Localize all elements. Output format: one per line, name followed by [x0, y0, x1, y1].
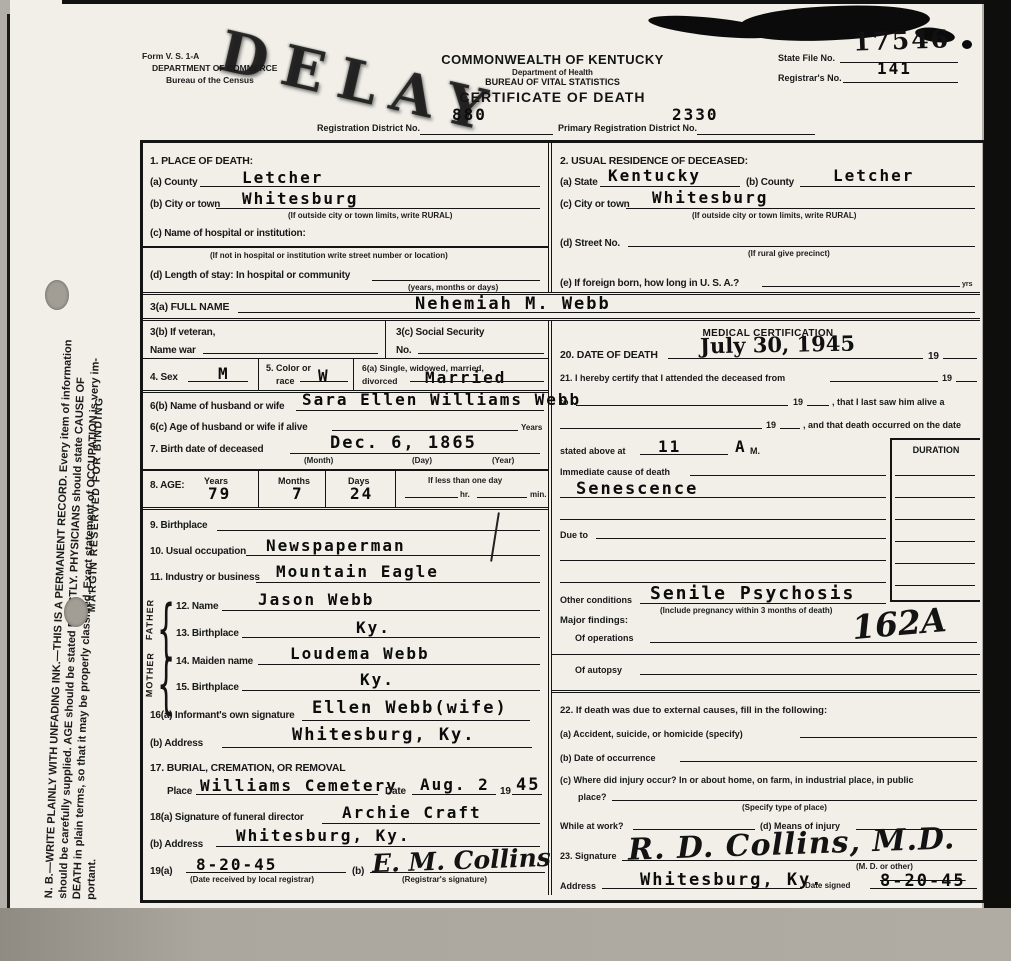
dod-label: 20. DATE OF DEATH: [560, 350, 658, 362]
writing-line: [560, 497, 886, 498]
ink-blob: [962, 40, 972, 49]
burial-place-value: Williams Cemetery: [200, 778, 398, 794]
res-street-label: (d) Street No.: [560, 238, 620, 249]
writing-line: [800, 737, 977, 738]
ssn-no-label: No.: [396, 345, 412, 356]
writing-line: [242, 637, 540, 638]
reg19-sig-hint: (Registrar's signature): [402, 876, 487, 885]
writing-line: [196, 794, 378, 795]
writing-line: [600, 186, 740, 187]
row-border: [142, 469, 548, 471]
writing-line: [560, 560, 886, 561]
external-c-hint: (Specify type of place): [742, 804, 827, 813]
ssn-label: 3(c) Social Security: [396, 327, 484, 338]
birthdate-value: Dec. 6, 1865: [330, 435, 477, 452]
writing-line: [405, 497, 458, 498]
physician-addr-value: Whitesburg, Ky.: [640, 872, 824, 889]
res-foreign-suffix: yrs: [962, 281, 973, 289]
spouse-label: 6(b) Name of husband or wife: [150, 401, 284, 412]
writing-line: [626, 208, 975, 209]
informant-label: 16(a) Informant's own signature: [150, 710, 295, 721]
operations-value: 162A: [850, 600, 948, 647]
writing-line: [418, 353, 544, 354]
certify-line3b: , and that death occurred on the date: [803, 421, 961, 431]
res-state-value: Kentucky: [608, 168, 701, 184]
funeral-addr-label: (b) Address: [150, 839, 203, 850]
duration-box: DURATION: [890, 438, 980, 602]
writing-line: [690, 475, 886, 476]
race-label2: race: [276, 377, 295, 387]
certify-line2-19: 19: [793, 398, 803, 408]
writing-line: [242, 690, 540, 691]
industry-label: 11. Industry or business: [150, 572, 260, 583]
writing-line: [412, 794, 496, 795]
birthplace-label: 9. Birthplace: [150, 520, 207, 531]
cell-divider: [325, 471, 326, 507]
age-hr-label: hr.: [460, 491, 470, 500]
writing-line: [332, 430, 518, 431]
writing-line: [302, 720, 530, 721]
father-bp-value: Ky.: [356, 620, 391, 636]
writing-line: [640, 454, 728, 455]
writing-line: [217, 530, 540, 531]
certify-line2b: , that I last saw him alive a: [832, 398, 945, 408]
funeral-label: 18(a) Signature of funeral director: [150, 812, 304, 823]
sex-label: 4. Sex: [150, 372, 178, 383]
scan-edge-right: [984, 0, 1011, 916]
writing-line: [596, 538, 886, 539]
section-border: [142, 246, 548, 248]
mother-bp-value: Ky.: [360, 672, 395, 688]
writing-line: [628, 246, 975, 247]
funeral-value: Archie Craft: [342, 805, 482, 821]
writing-line: [843, 82, 958, 83]
veteran-war-label: Name war: [150, 345, 196, 356]
operations-label: Of operations: [575, 634, 634, 644]
writing-line: [668, 358, 923, 359]
reg19-b-label: (b): [352, 866, 364, 877]
writing-line: [762, 286, 960, 287]
father-name-label: 12. Name: [176, 601, 218, 612]
primary-reg-label: Primary Registration District No.: [558, 124, 697, 134]
cell-divider: [395, 471, 396, 507]
age-less-label: If less than one day: [428, 477, 502, 486]
res-city-label: (c) City or town: [560, 199, 630, 210]
reg-district-label: Registration District No.: [317, 124, 420, 134]
writing-line: [222, 610, 540, 611]
findings-label: Major findings:: [560, 616, 628, 626]
veteran-label: 3(b) If veteran,: [150, 327, 215, 338]
stated-am-value: A: [735, 439, 747, 455]
state-file-value: 17546: [853, 24, 951, 56]
burial-date-label: Date: [385, 786, 406, 797]
reg19-date-value: 8-20-45: [196, 857, 277, 873]
writing-line: [650, 642, 977, 643]
spouse-age-suffix: Years: [521, 424, 542, 433]
age-min-label: min.: [530, 491, 546, 500]
pod-city-hint: (If outside city or town limits, write R…: [288, 212, 452, 221]
other-conditions-label: Other conditions: [560, 596, 632, 606]
burial-year-value: 45: [516, 777, 540, 794]
external-title: 22. If death was due to external causes,…: [560, 706, 827, 716]
writing-line: [290, 453, 540, 454]
occupation-label: 10. Usual occupation: [150, 546, 246, 557]
cell-divider: [385, 320, 386, 358]
external-c-label: (c) Where did injury occur? In or about …: [560, 776, 914, 786]
duration-line: [895, 541, 975, 542]
writing-line: [560, 428, 762, 429]
occupation-value: Newspaperman: [266, 538, 406, 554]
age-days-value: 24: [350, 486, 373, 502]
father-name-value: Jason Webb: [258, 592, 374, 608]
mother-name-label: 14. Maiden name: [176, 656, 253, 667]
reg-district-value: 880: [452, 107, 487, 123]
duration-label: DURATION: [892, 445, 980, 455]
row-border: [142, 358, 548, 359]
certify-line1: 21. I hereby certify that I attended the…: [560, 374, 785, 384]
commonwealth-title: COMMONWEALTH OF KENTUCKY: [425, 52, 680, 67]
scan-edge-bottom: [0, 908, 1011, 961]
sex-value: M: [218, 366, 230, 382]
autopsy-label: Of autopsy: [575, 666, 622, 676]
section-border: [552, 690, 980, 693]
row-border: [140, 507, 548, 510]
writing-line: [216, 208, 540, 209]
other-conditions-hint: (Include pregnancy within 3 months of de…: [660, 607, 832, 616]
birthdate-hint-month: (Month): [304, 457, 333, 466]
state-file-label: State File No.: [778, 54, 835, 64]
pod-hospital-label: (c) Name of hospital or institution:: [150, 228, 306, 239]
writing-line: [186, 872, 346, 873]
res-state-label: (a) State: [560, 177, 598, 188]
reg19-date-hint: (Date received by local registrar): [190, 876, 314, 885]
dept-health-label: Department of Health: [425, 68, 680, 77]
pod-stay-hint: (years, months or days): [408, 284, 498, 293]
writing-line: [640, 674, 977, 675]
mother-name-value: Loudema Webb: [290, 646, 430, 662]
immediate-label: Immediate cause of death: [560, 468, 670, 478]
pod-city-value: Whitesburg: [242, 191, 358, 207]
fullname-label: 3(a) FULL NAME: [150, 302, 229, 314]
informant-value: Ellen Webb(wife): [312, 700, 508, 717]
funeral-addr-value: Whitesburg, Ky.: [236, 828, 411, 844]
external-a-label: (a) Accident, suicide, or homicide (spec…: [560, 730, 743, 740]
stated-label: stated above at: [560, 447, 626, 457]
burial-place-label: Place: [167, 786, 192, 797]
writing-line: [622, 860, 977, 861]
writing-line: [258, 664, 540, 665]
while-at-work-label: While at work?: [560, 822, 624, 832]
writing-line: [372, 280, 540, 281]
physician-sig-label: 23. Signature: [560, 852, 617, 862]
race-label: 5. Color or: [266, 364, 311, 374]
cell-divider: [353, 359, 354, 390]
writing-line: [238, 312, 975, 313]
immediate-value: Senescence: [576, 481, 698, 498]
writing-line: [602, 888, 802, 889]
writing-line: [370, 872, 545, 873]
spouse-age-label: 6(c) Age of husband or wife if alive: [150, 422, 307, 433]
burial-year-prefix: 19: [500, 786, 511, 797]
certify-to: to: [560, 398, 569, 408]
res-city-hint: (If outside city or town limits, write R…: [692, 212, 856, 221]
mother-bp-label: 15. Birthplace: [176, 682, 239, 693]
writing-line: [780, 428, 800, 429]
pod-title: 1. PLACE OF DEATH:: [150, 156, 253, 168]
marital-value: Married: [425, 370, 506, 386]
burial-date-value: Aug. 2: [420, 777, 490, 793]
external-b-label: (b) Date of occurrence: [560, 754, 656, 764]
pod-county-label: (a) County: [150, 177, 197, 188]
res-foreign-label: (e) If foreign born, how long in U. S. A…: [560, 278, 739, 289]
writing-line: [697, 134, 815, 135]
pod-county-value: Letcher: [242, 170, 323, 186]
registrar-no-label: Registrar's No.: [778, 74, 842, 84]
fullname-value: Nehemiah M. Webb: [415, 296, 611, 313]
row-border: [552, 654, 980, 655]
date-signed-label: Date signed: [805, 882, 850, 891]
birthdate-label: 7. Birth date of deceased: [150, 444, 263, 455]
writing-line: [256, 582, 540, 583]
registrar-no-value: 141: [877, 61, 912, 77]
dod-value: July 30, 1945: [700, 333, 855, 357]
duration-line: [895, 497, 975, 498]
writing-line: [680, 761, 977, 762]
res-street-hint: (If rural give precinct): [748, 250, 830, 259]
age-label: 8. AGE:: [150, 480, 184, 491]
age-years-value: 79: [208, 486, 231, 502]
writing-line: [560, 519, 886, 520]
birthdate-hint-year: (Year): [492, 457, 514, 466]
scan-edge-left: [7, 14, 10, 961]
writing-line: [800, 186, 975, 187]
punch-hole: [45, 280, 69, 310]
section-border: [140, 318, 980, 321]
writing-line: [200, 186, 540, 187]
writing-line: [640, 603, 886, 604]
birthdate-hint-day: (Day): [412, 457, 432, 466]
age-months-value: 7: [292, 486, 304, 502]
external-c-label2: place?: [578, 793, 607, 803]
column-divider: [548, 143, 552, 292]
punch-hole: [64, 597, 88, 627]
writing-line: [322, 823, 540, 824]
writing-line: [296, 410, 544, 411]
stated-m-label: M.: [750, 447, 760, 457]
primary-reg-value: 2330: [672, 107, 719, 123]
death-certificate-scan: N. B.—WRITE PLAINLY WITH UNFADING INK.—T…: [0, 0, 1011, 961]
scan-edge-top: [62, 0, 1011, 4]
res-county-label: (b) County: [746, 177, 794, 188]
writing-line: [477, 497, 527, 498]
pod-city-label: (b) City or town: [150, 199, 220, 210]
duration-line: [895, 585, 975, 586]
other-conditions-value: Senile Psychosis: [650, 585, 855, 603]
writing-line: [943, 358, 977, 359]
father-bp-label: 13. Birthplace: [176, 628, 239, 639]
writing-line: [188, 381, 248, 382]
res-county-value: Letcher: [833, 168, 914, 184]
writing-line: [300, 381, 348, 382]
writing-line: [870, 888, 977, 889]
writing-line: [410, 381, 544, 382]
certify-line1-19: 19: [942, 374, 952, 384]
duration-line: [895, 475, 975, 476]
writing-line: [222, 747, 532, 748]
writing-line: [956, 381, 977, 382]
informant-addr-value: Whitesburg, Ky.: [292, 727, 476, 744]
writing-line: [612, 800, 977, 801]
certify-line3-19: 19: [766, 421, 776, 431]
spouse-value: Sara Ellen Williams Webb: [302, 392, 581, 408]
writing-line: [420, 134, 553, 135]
industry-value: Mountain Eagle: [276, 564, 439, 580]
marital-label2: divorced: [362, 377, 397, 386]
physician-addr-label: Address: [560, 882, 596, 892]
certificate-title: CERTIFICATE OF DEATH: [425, 89, 680, 105]
bvs-label: BUREAU OF VITAL STATISTICS: [425, 77, 680, 87]
dod-19: 19: [928, 351, 939, 362]
writing-line: [807, 405, 829, 406]
informant-addr-label: (b) Address: [150, 738, 203, 749]
form-number: Form V. S. 1-A: [142, 52, 199, 61]
duration-line: [895, 519, 975, 520]
pod-stay-label: (d) Length of stay: In hospital or commu…: [150, 270, 350, 281]
writing-line: [512, 794, 542, 795]
writing-line: [576, 405, 788, 406]
stated-time-value: 11: [658, 439, 681, 455]
reg19-label: 19(a): [150, 866, 172, 877]
writing-line: [830, 381, 938, 382]
cell-divider: [258, 471, 259, 507]
res-city-value: Whitesburg: [652, 190, 768, 206]
writing-line: [203, 353, 378, 354]
pod-hospital-hint: (If not in hospital or institution write…: [210, 252, 448, 261]
burial-title: 17. BURIAL, CREMATION, OR REMOVAL: [150, 763, 345, 775]
due-to-label: Due to: [560, 531, 588, 541]
duration-line: [895, 563, 975, 564]
cell-divider: [258, 359, 259, 390]
writing-line: [246, 555, 540, 556]
